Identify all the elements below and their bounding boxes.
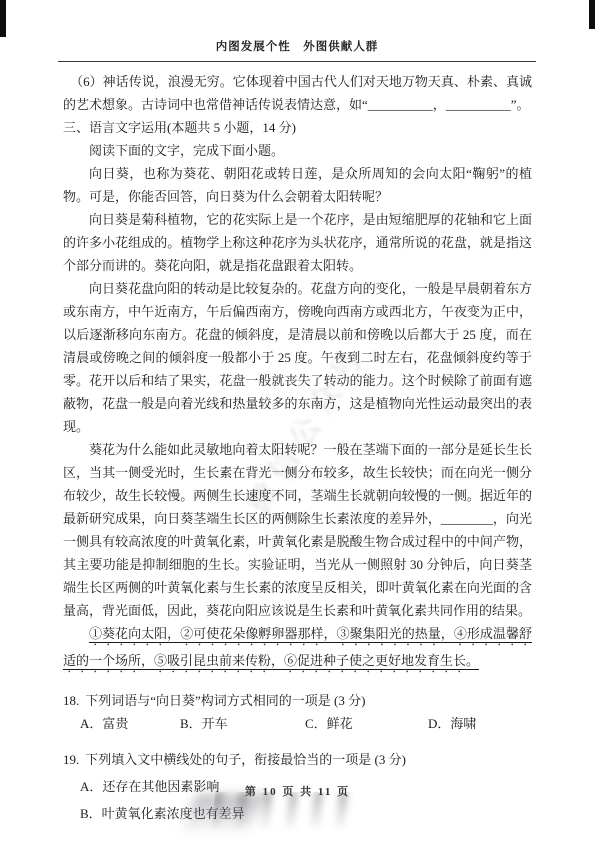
question-18-options: A．富贵 B．开车 C．鲜花 D．海啸 (80, 712, 532, 735)
passage-paragraph-1: 向日葵，也称为葵花、朝阳花或转日莲，是众所周知的会向太阳“鞠躬”的植物。可是，你… (63, 162, 532, 208)
exam-body: （6）神话传说，浪漫无穷。它体现着中国古代人们对天地万物天真、朴素、真诚的艺术想… (63, 70, 532, 825)
scan-corner-mark-right (589, 0, 595, 29)
question-18: 18. 下列词语与“向日葵”构词方式相同的一项是 (3 分) A．富贵 B．开车… (63, 689, 532, 735)
passage-paragraph-4: 葵花为什么能如此灵敏地向着太阳转呢？一般在茎端下面的一部分是延长生长区，当其一侧… (63, 438, 532, 622)
underlined-sentence: ①葵花向太阳，②可使花朵像孵卵器那样，③聚集阳光的热量，④形成温馨舒适的一个场所… (63, 626, 532, 668)
reading-instruction: 阅读下面的文字，完成下面小题。 (63, 139, 532, 162)
passage-paragraph-3: 向日葵花盘向阳的转动是比较复杂的。花盘方向的变化，一般是早晨朝着东方或东南方，中… (63, 277, 532, 438)
fill-blank-item-6: （6）神话传说，浪漫无穷。它体现着中国古代人们对天地万物天真、朴素、真诚的艺术想… (63, 70, 532, 116)
underlined-sentence-paragraph: ①葵花向太阳，②可使花朵像孵卵器那样，③聚集阳光的热量，④形成温馨舒适的一个场所… (63, 622, 532, 676)
question-18-number: 18. (63, 689, 79, 712)
section-three-title: 三、语言文字运用(本题共 5 小题，14 分) (63, 116, 532, 139)
scan-smudge-streaks (211, 792, 365, 834)
scan-corner-mark-left (0, 0, 6, 37)
question-19-number: 19. (63, 748, 79, 771)
passage-paragraph-2: 向日葵是菊科植物，它的花实际上是一个花序，是由短缩肥厚的花轴和它上面的许多小花组… (63, 208, 532, 277)
exam-paper-page: 内图发展个性 外图供献人群 微信公众号 （6）神话传说，浪漫无穷。它体现着中国古… (0, 0, 595, 842)
question-18-stem: 下列词语与“向日葵”构词方式相同的一项是 (3 分) (85, 689, 365, 712)
question-18-option-c: C．鲜花 (305, 712, 428, 735)
question-18-option-b: B．开车 (180, 712, 305, 735)
question-18-option-d: D．海啸 (428, 712, 476, 735)
question-18-option-a: A．富贵 (80, 712, 180, 735)
page-header-motto: 内图发展个性 外图供献人群 (58, 38, 536, 62)
question-19-stem: 下列填入文中横线处的句子，衔接最恰当的一项是 (3 分) (85, 748, 406, 771)
